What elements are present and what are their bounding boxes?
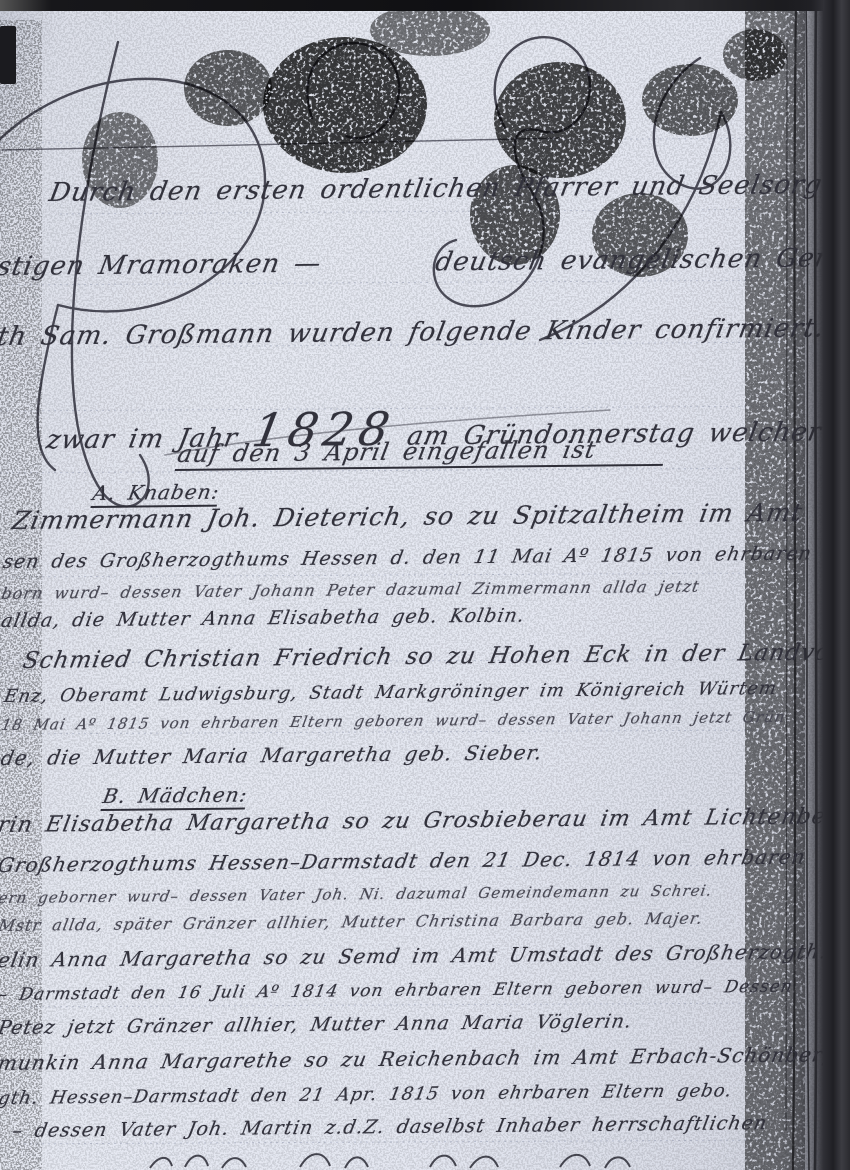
entry-boy-2-line-4: de, die Mutter Maria Margaretha geb. Sie… — [0, 742, 544, 768]
scan-corner-mark — [0, 26, 16, 84]
confirmation-date-line: auf den 3 April eingefallen ist — [175, 437, 669, 471]
header-line-1: Durch den ersten ordentlichen Pfarrer un… — [47, 172, 850, 206]
section-header-girls: B. Mädchen: — [100, 784, 249, 811]
scanned-register-page: Durch den ersten ordentlichen Pfarrer un… — [0, 0, 850, 1170]
scan-top-edge — [0, 0, 850, 11]
book-binding-edge — [780, 0, 850, 1170]
